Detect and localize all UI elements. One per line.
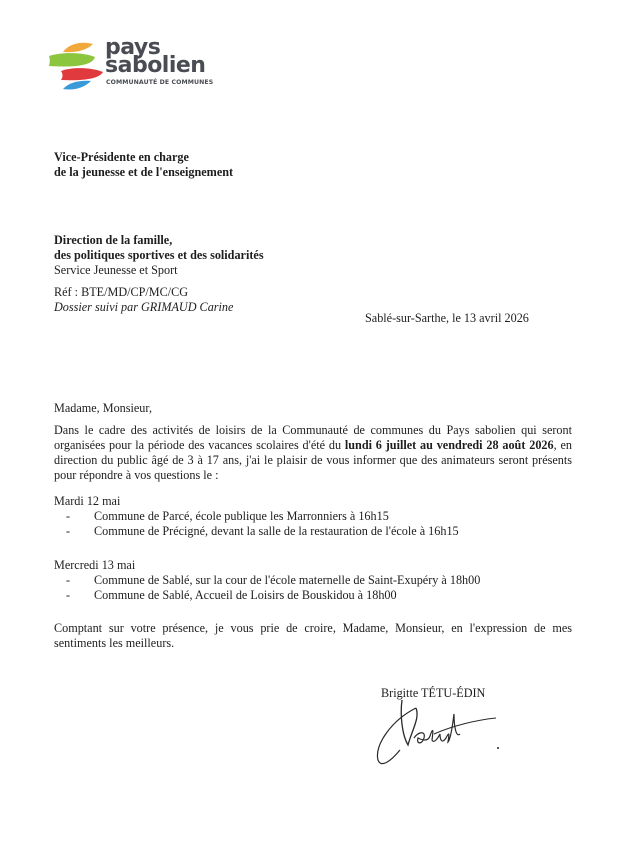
sender-title-line1: Vice-Présidente en charge [54,150,233,165]
followed-by: Dossier suivi par GRIMAUD Carine [54,300,233,315]
service-name: Service Jeunesse et Sport [54,263,264,278]
reference: Réf : BTE/MD/CP/MC/CG [54,285,233,300]
logo-line2: sabolien [105,55,205,77]
main-paragraph: Dans le cadre des activités de loisirs d… [54,423,572,483]
list-item: -Commune de Sablé, sur la cour de l'écol… [94,573,480,588]
session-list: -Commune de Parcé, école publique les Ma… [94,509,459,539]
reference-block: Réf : BTE/MD/CP/MC/CG Dossier suivi par … [54,285,233,315]
list-item: -Commune de Sablé, Accueil de Loisirs de… [94,588,480,603]
organization-logo: pays sabolien COMMUNAUTÉ DE COMMUNES [47,40,217,96]
dash-bullet-icon: - [66,573,70,588]
sender-title: Vice-Présidente en charge de la jeunesse… [54,150,233,180]
session-day: Mardi 12 mai [54,494,120,509]
handwritten-signature-icon [372,690,502,770]
sender-title-line2: de la jeunesse et de l'enseignement [54,165,233,180]
dash-bullet-icon: - [66,524,70,539]
session-day: Mercredi 13 mai [54,558,135,573]
session-list: -Commune de Sablé, sur la cour de l'écol… [94,573,480,603]
direction-line1: Direction de la famille, [54,233,264,248]
date-line: Sablé-sur-Sarthe, le 13 avril 2026 [365,311,529,326]
list-item: -Commune de Parcé, école publique les Ma… [94,509,459,524]
dash-bullet-icon: - [66,588,70,603]
list-item: -Commune de Précigné, devant la salle de… [94,524,459,539]
closing-paragraph: Comptant sur votre présence, je vous pri… [54,621,572,651]
paragraph-dates-bold: lundi 6 juillet au vendredi 28 août 2026 [345,438,554,452]
direction-line2: des politiques sportives et des solidari… [54,248,264,263]
logo-leaves-icon [47,40,105,92]
dash-bullet-icon: - [66,509,70,524]
salutation: Madame, Monsieur, [54,401,152,416]
sender-direction: Direction de la famille, des politiques … [54,233,264,278]
logo-subtitle: COMMUNAUTÉ DE COMMUNES [106,79,213,86]
